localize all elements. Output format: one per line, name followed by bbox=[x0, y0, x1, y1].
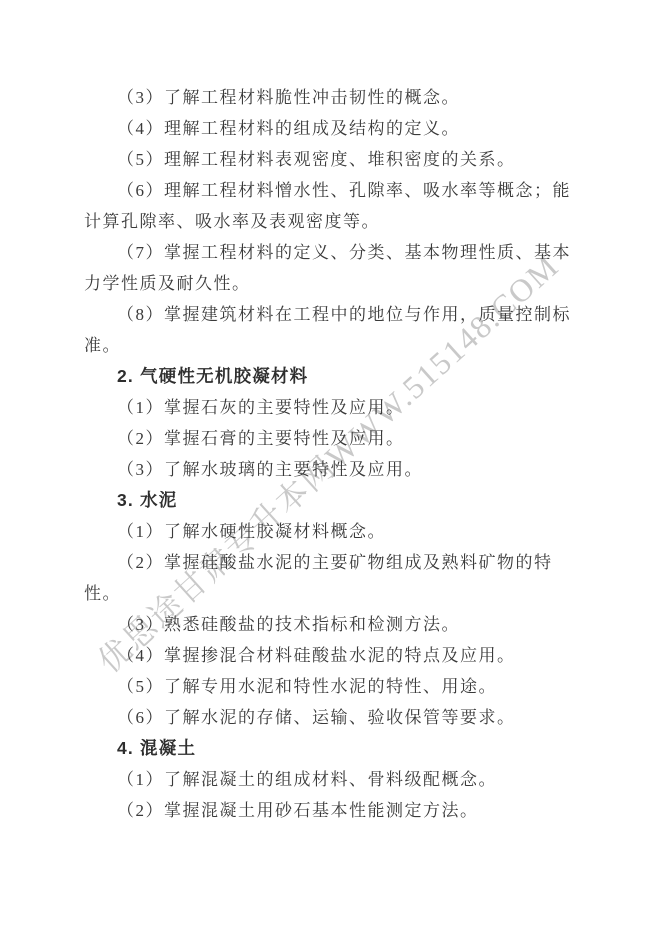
text-line: （8）掌握建筑材料在工程中的地位与作用，质量控制标 bbox=[84, 299, 584, 330]
text-line: （6）了解水泥的存储、运输、验收保管等要求。 bbox=[84, 702, 584, 733]
text-line: （2）掌握混凝土用砂石基本性能测定方法。 bbox=[84, 795, 584, 826]
text-line: 性。 bbox=[84, 578, 584, 609]
text-line: （5）理解工程材料表观密度、堆积密度的关系。 bbox=[84, 144, 584, 175]
text-line: （2）掌握石膏的主要特性及应用。 bbox=[84, 423, 584, 454]
text-line: （2）掌握硅酸盐水泥的主要矿物组成及熟料矿物的特 bbox=[84, 547, 584, 578]
text-line: （6）理解工程材料憎水性、孔隙率、吸水率等概念；能 bbox=[84, 175, 584, 206]
text-line: （1）掌握石灰的主要特性及应用。 bbox=[84, 392, 584, 423]
text-line: （3）熟悉硅酸盐的技术指标和检测方法。 bbox=[84, 609, 584, 640]
text-line: （3）了解水玻璃的主要特性及应用。 bbox=[84, 454, 584, 485]
document-body: （3）了解工程材料脆性冲击韧性的概念。（4）理解工程材料的组成及结构的定义。（5… bbox=[84, 82, 584, 826]
text-line: （5）了解专用水泥和特性水泥的特性、用途。 bbox=[84, 671, 584, 702]
text-line: （4）理解工程材料的组成及结构的定义。 bbox=[84, 113, 584, 144]
text-line: 计算孔隙率、吸水率及表观密度等。 bbox=[84, 206, 584, 237]
text-line: （7）掌握工程材料的定义、分类、基本物理性质、基本 bbox=[84, 237, 584, 268]
section-heading: 2. 气硬性无机胶凝材料 bbox=[84, 361, 584, 392]
text-line: 力学性质及耐久性。 bbox=[84, 268, 584, 299]
text-line: （1）了解水硬性胶凝材料概念。 bbox=[84, 516, 584, 547]
text-line: （4）掌握掺混合材料硅酸盐水泥的特点及应用。 bbox=[84, 640, 584, 671]
document-page: 优思途甘肃专升本网WWW.515148.COM （3）了解工程材料脆性冲击韧性的… bbox=[0, 0, 661, 935]
text-line: （3）了解工程材料脆性冲击韧性的概念。 bbox=[84, 82, 584, 113]
text-line: 准。 bbox=[84, 330, 584, 361]
text-line: （1）了解混凝土的组成材料、骨料级配概念。 bbox=[84, 764, 584, 795]
section-heading: 3. 水泥 bbox=[84, 485, 584, 516]
section-heading: 4. 混凝土 bbox=[84, 733, 584, 764]
